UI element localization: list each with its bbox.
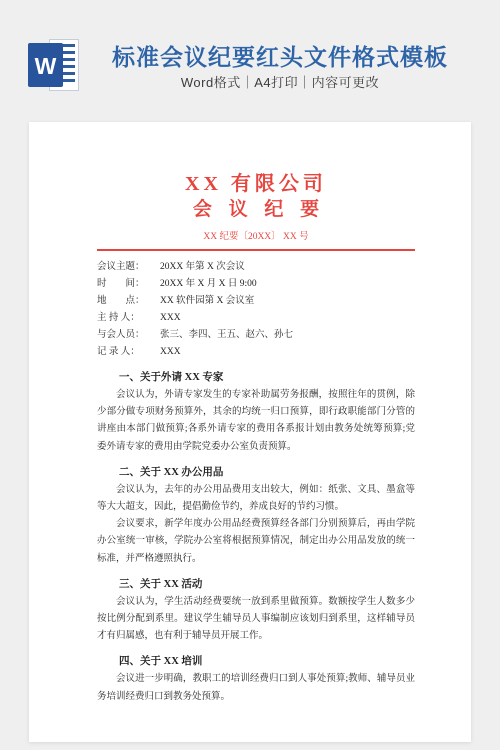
- section-paragraph: 会议认为，去年的办公用品费用支出较大，例如：纸张、文具、墨盒等等大大超支，因此，…: [97, 482, 415, 516]
- section-paragraph: 会议认为，外请专家发生的专家补助属劳务报酬，按照往年的贯例，除少部分做专项财务预…: [97, 387, 415, 456]
- word-icon: W: [28, 38, 80, 92]
- meta-row-host: 主 持 人：XXX: [97, 310, 415, 327]
- meta-label: 与会人员：: [97, 327, 160, 344]
- section-experts: 一、关于外请 XX 专家 会议认为，外请专家发生的专家补助属劳务报酬，按照往年的…: [97, 370, 415, 456]
- meta-row-location: 地 点：XX 软件园第 X 会议室: [97, 293, 415, 310]
- meta-row-attendees: 与会人员：张三、李四、王五、赵六、孙七: [97, 327, 415, 344]
- meta-row-recorder: 记 录 人：XXX: [97, 344, 415, 361]
- document-type-title: 会 议 纪 要: [97, 197, 415, 222]
- meta-label: 主 持 人：: [97, 310, 160, 327]
- svg-text:W: W: [35, 53, 57, 79]
- meta-label: 时 间：: [97, 276, 160, 293]
- meta-label: 会议主题：: [97, 259, 160, 276]
- meta-row-subject: 会议主题：20XX 年第 X 次会议: [97, 259, 415, 276]
- section-heading: 三、关于 XX 活动: [97, 577, 415, 592]
- meta-value: XXX: [160, 310, 181, 327]
- template-preview-page: W 标准会议纪要红头文件格式模板 Word格式｜A4打印｜内容可更改 XX 有限…: [0, 0, 500, 750]
- meta-value: XX 软件园第 X 会议室: [160, 293, 254, 310]
- meta-block: 会议主题：20XX 年第 X 次会议 时 间：20XX 年 X 月 X 日 9:…: [97, 259, 415, 361]
- meta-value: 张三、李四、王五、赵六、孙七: [160, 327, 293, 344]
- meta-label: 地 点：: [97, 293, 160, 310]
- section-paragraph: 会议进一步明确，教职工的培训经费归口到人事处预算;教师、辅导员业务培训经费归口到…: [97, 671, 415, 705]
- section-activities: 三、关于 XX 活动 会议认为，学生活动经费要统一放到系里做预算。数额按学生人数…: [97, 577, 415, 646]
- meta-value: 20XX 年 X 月 X 日 9:00: [160, 276, 257, 293]
- sections: 一、关于外请 XX 专家 会议认为，外请专家发生的专家补助属劳务报酬，按照往年的…: [97, 370, 415, 706]
- section-heading: 四、关于 XX 培训: [97, 654, 415, 669]
- section-paragraph: 会议要求，新学年度办公用品经费预算经各部门分别预算后，再由学院办公室统一审核，学…: [97, 516, 415, 568]
- meta-value: XXX: [160, 344, 181, 361]
- section-heading: 二、关于 XX 办公用品: [97, 465, 415, 480]
- document-preview-card: XX 有限公司 会 议 纪 要 XX 纪要〔20XX〕 XX 号 会议主题：20…: [29, 122, 471, 742]
- red-divider: [97, 249, 415, 251]
- document-number: XX 纪要〔20XX〕 XX 号: [97, 231, 415, 243]
- section-training: 四、关于 XX 培训 会议进一步明确，教职工的培训经费归口到人事处预算;教师、辅…: [97, 654, 415, 705]
- page-subtitle: Word格式｜A4打印｜内容可更改: [60, 74, 500, 92]
- section-heading: 一、关于外请 XX 专家: [97, 370, 415, 385]
- company-name: XX 有限公司: [97, 172, 415, 197]
- meta-row-time: 时 间：20XX 年 X 月 X 日 9:00: [97, 276, 415, 293]
- header: W 标准会议纪要红头文件格式模板 Word格式｜A4打印｜内容可更改: [0, 0, 500, 92]
- section-paragraph: 会议认为，学生活动经费要统一放到系里做预算。数额按学生人数多少按比例分配到系里。…: [97, 594, 415, 646]
- section-office-supplies: 二、关于 XX 办公用品 会议认为，去年的办公用品费用支出较大，例如：纸张、文具…: [97, 465, 415, 568]
- meta-value: 20XX 年第 X 次会议: [160, 259, 245, 276]
- meta-label: 记 录 人：: [97, 344, 160, 361]
- page-title: 标准会议纪要红头文件格式模板: [60, 42, 500, 72]
